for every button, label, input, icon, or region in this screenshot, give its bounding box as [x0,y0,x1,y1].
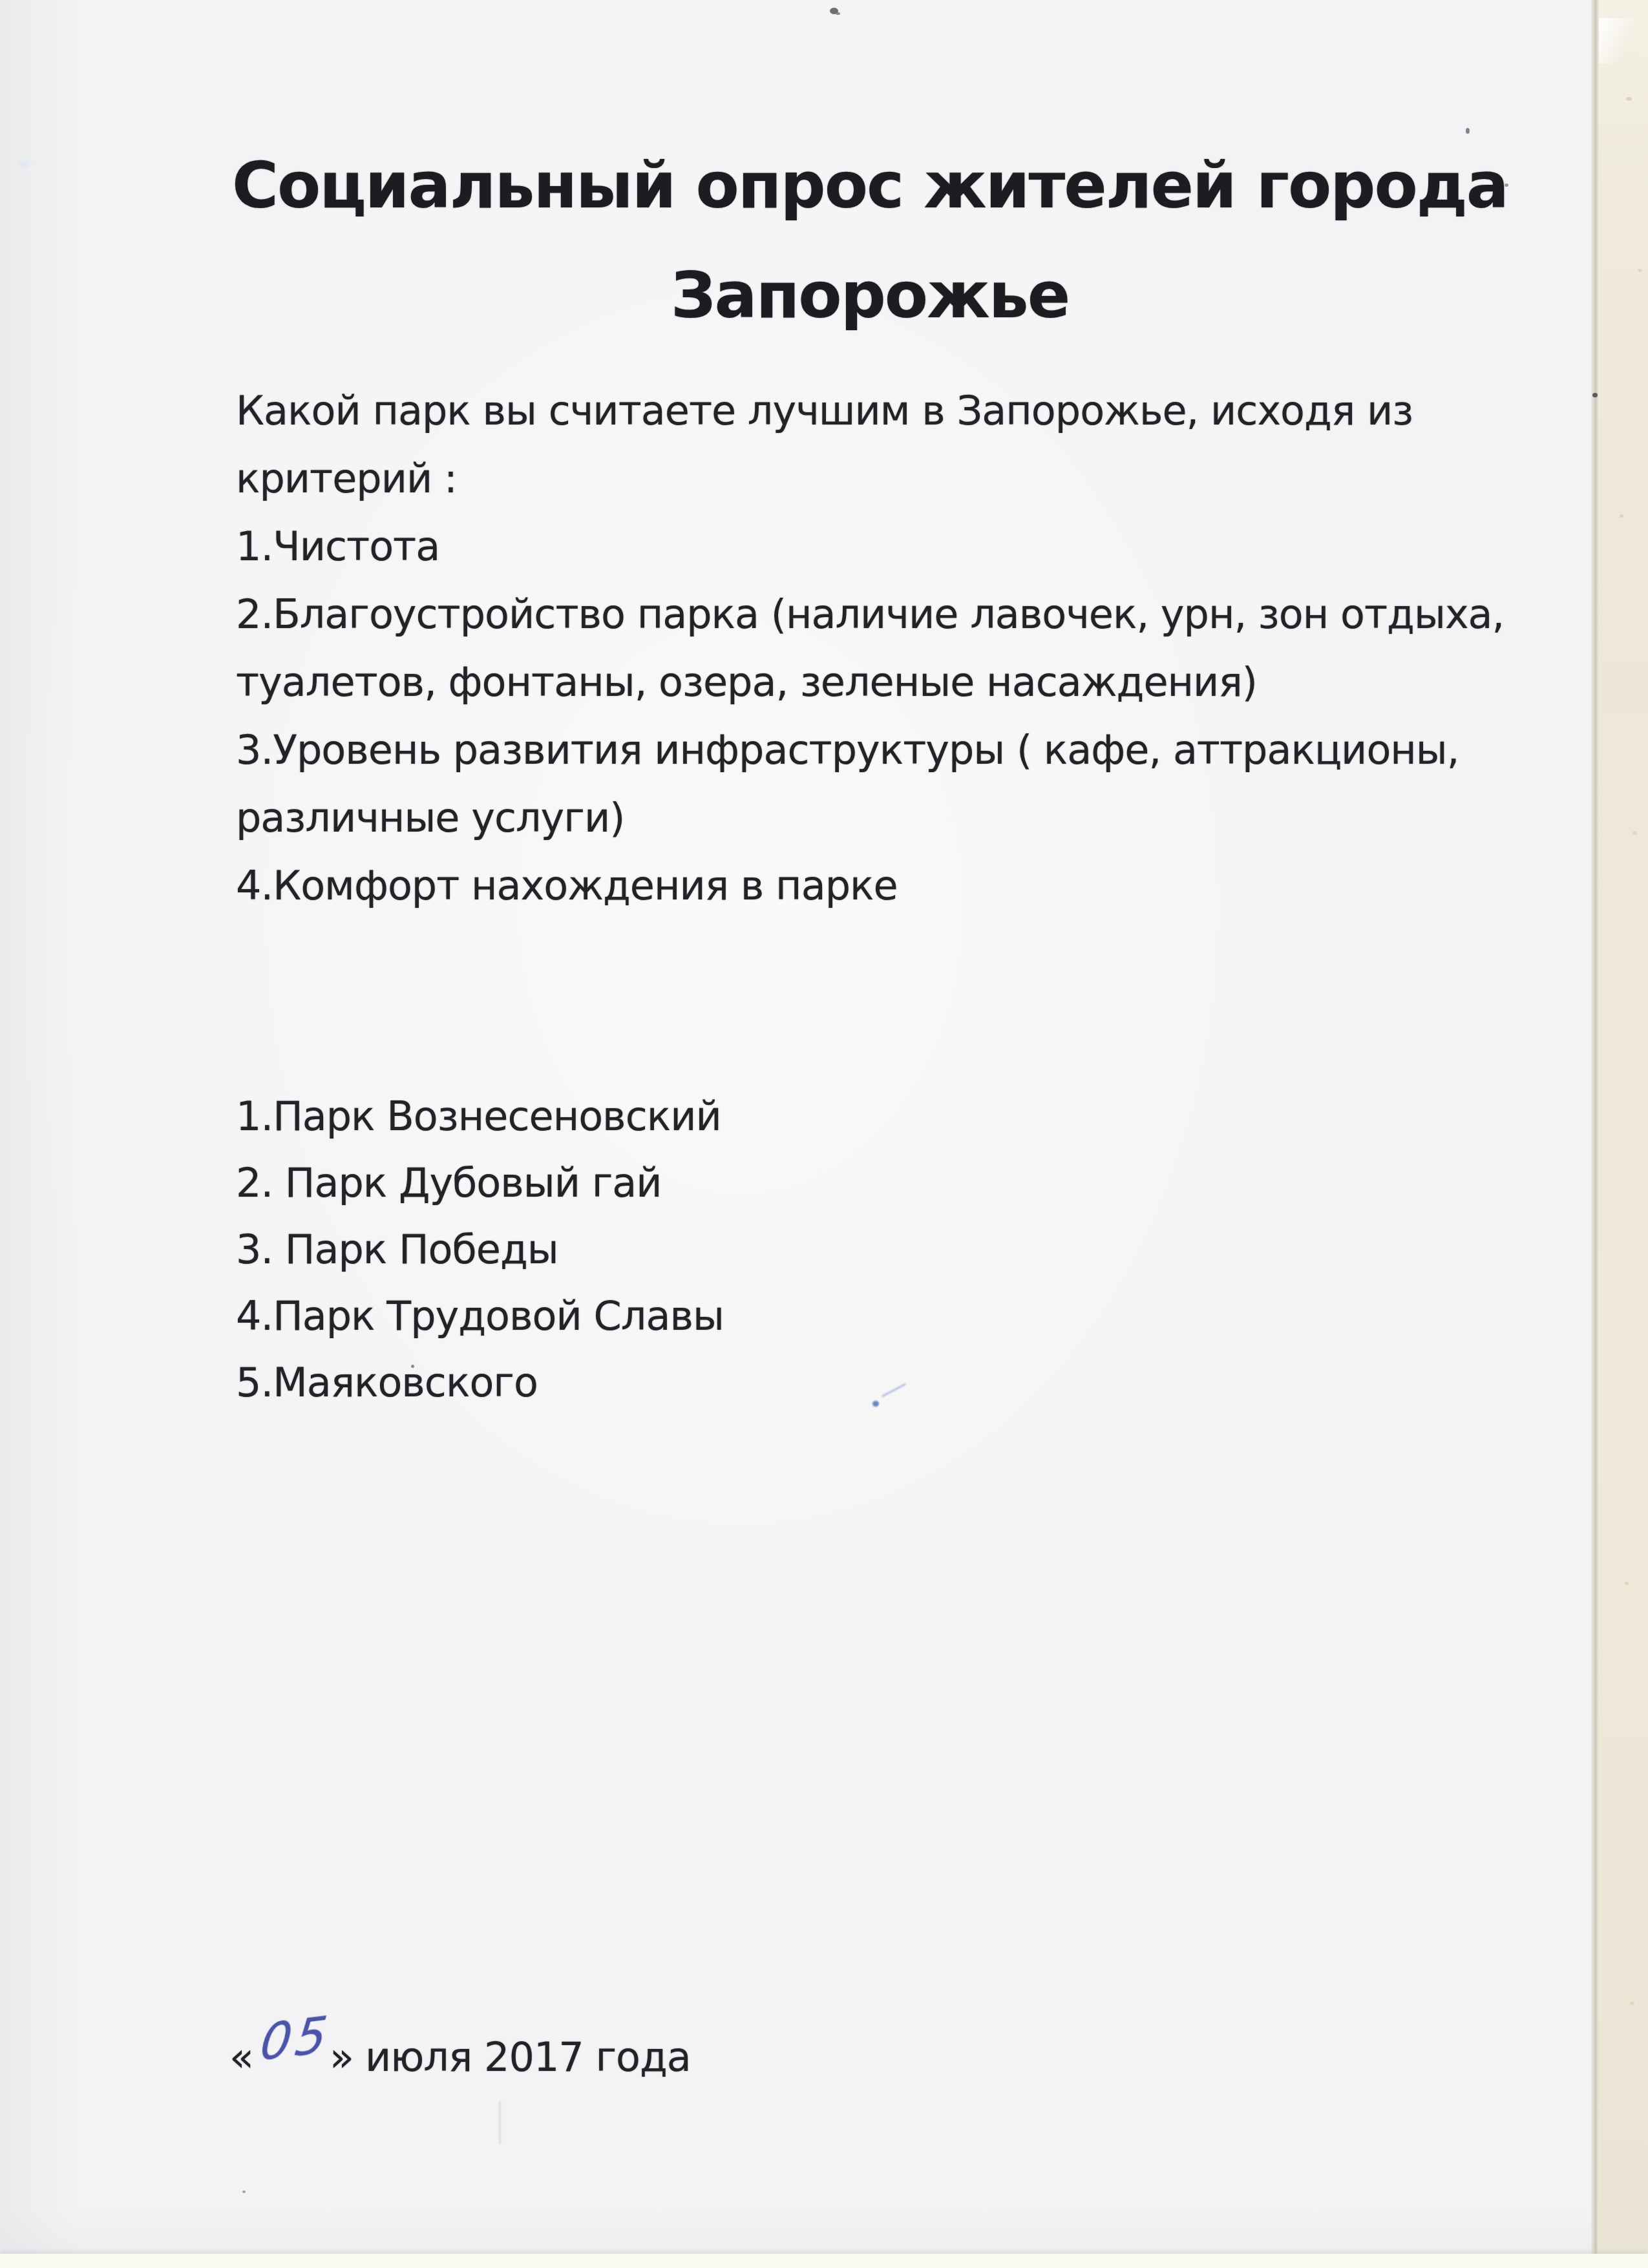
dust-speck [830,8,838,14]
page-title-line1: Социальный опрос жителей города [92,131,1648,241]
dust-speck [1505,184,1508,187]
dust-speck [411,1365,414,1368]
question-line-2: критерий : [236,445,1504,512]
page-bottom-edge [0,2254,1648,2268]
blue-ink-tail [882,1383,906,1397]
criteria-item-4: 4.Комфорт нахождения в парке [236,852,1504,919]
blue-ink-dot [872,1401,879,1407]
dust-speck [1466,128,1470,134]
scanner-strip-speck [1632,831,1637,835]
dust-speck [1592,393,1598,397]
criteria-item-3-line2: различные услуги) [236,784,1504,852]
scanner-strip-speck [1626,97,1632,101]
park-options-list: 1.Парк Вознесеновский 2. Парк Дубовый га… [236,1083,724,1416]
date-text: июля 2017 года [365,2023,691,2091]
handwritten-day: 05 [257,2005,334,2072]
park-option-2: 2. Парк Дубовый гай [236,1150,724,1216]
page-right-edge-shadow [1591,0,1599,2268]
park-option-3: 3. Парк Победы [236,1216,724,1283]
criteria-item-1: 1.Чистота [236,512,1504,580]
page-title-line2: Запорожье [92,241,1648,351]
question-line-1: Какой парк вы считаете лучшим в Запорожь… [236,377,1504,445]
dust-speck [242,2190,246,2193]
scanner-strip-speck [1620,514,1623,518]
faint-blue-smudge [19,160,30,167]
scan-streak [499,2101,501,2144]
page-title: Социальный опрос жителей города Запорожь… [0,131,1648,351]
scanner-bed-strip [1599,0,1648,2268]
open-guillemet: « [229,2023,253,2091]
criteria-item-2-line2: туалетов, фонтаны, озера, зеленые насажд… [236,648,1504,716]
park-option-4: 4.Парк Трудовой Славы [236,1283,724,1349]
scanner-strip-speck [1638,269,1642,272]
paper-corner-crease [1596,18,1648,63]
criteria-item-2-line1: 2.Благоустройство парка (наличие лавочек… [236,580,1504,648]
scanner-strip-speck [1630,2002,1634,2005]
park-option-5: 5.Маяковского [236,1349,724,1416]
scanner-strip-speck [1625,1582,1629,1585]
survey-question-block: Какой парк вы считаете лучшим в Запорожь… [236,377,1504,919]
scanned-survey-page: Социальный опрос жителей города Запорожь… [0,0,1648,2268]
park-option-1: 1.Парк Вознесеновский [236,1083,724,1150]
close-guillemet: » [330,2023,354,2091]
criteria-item-3-line1: 3.Уровень развития инфраструктуры ( кафе… [236,716,1504,784]
